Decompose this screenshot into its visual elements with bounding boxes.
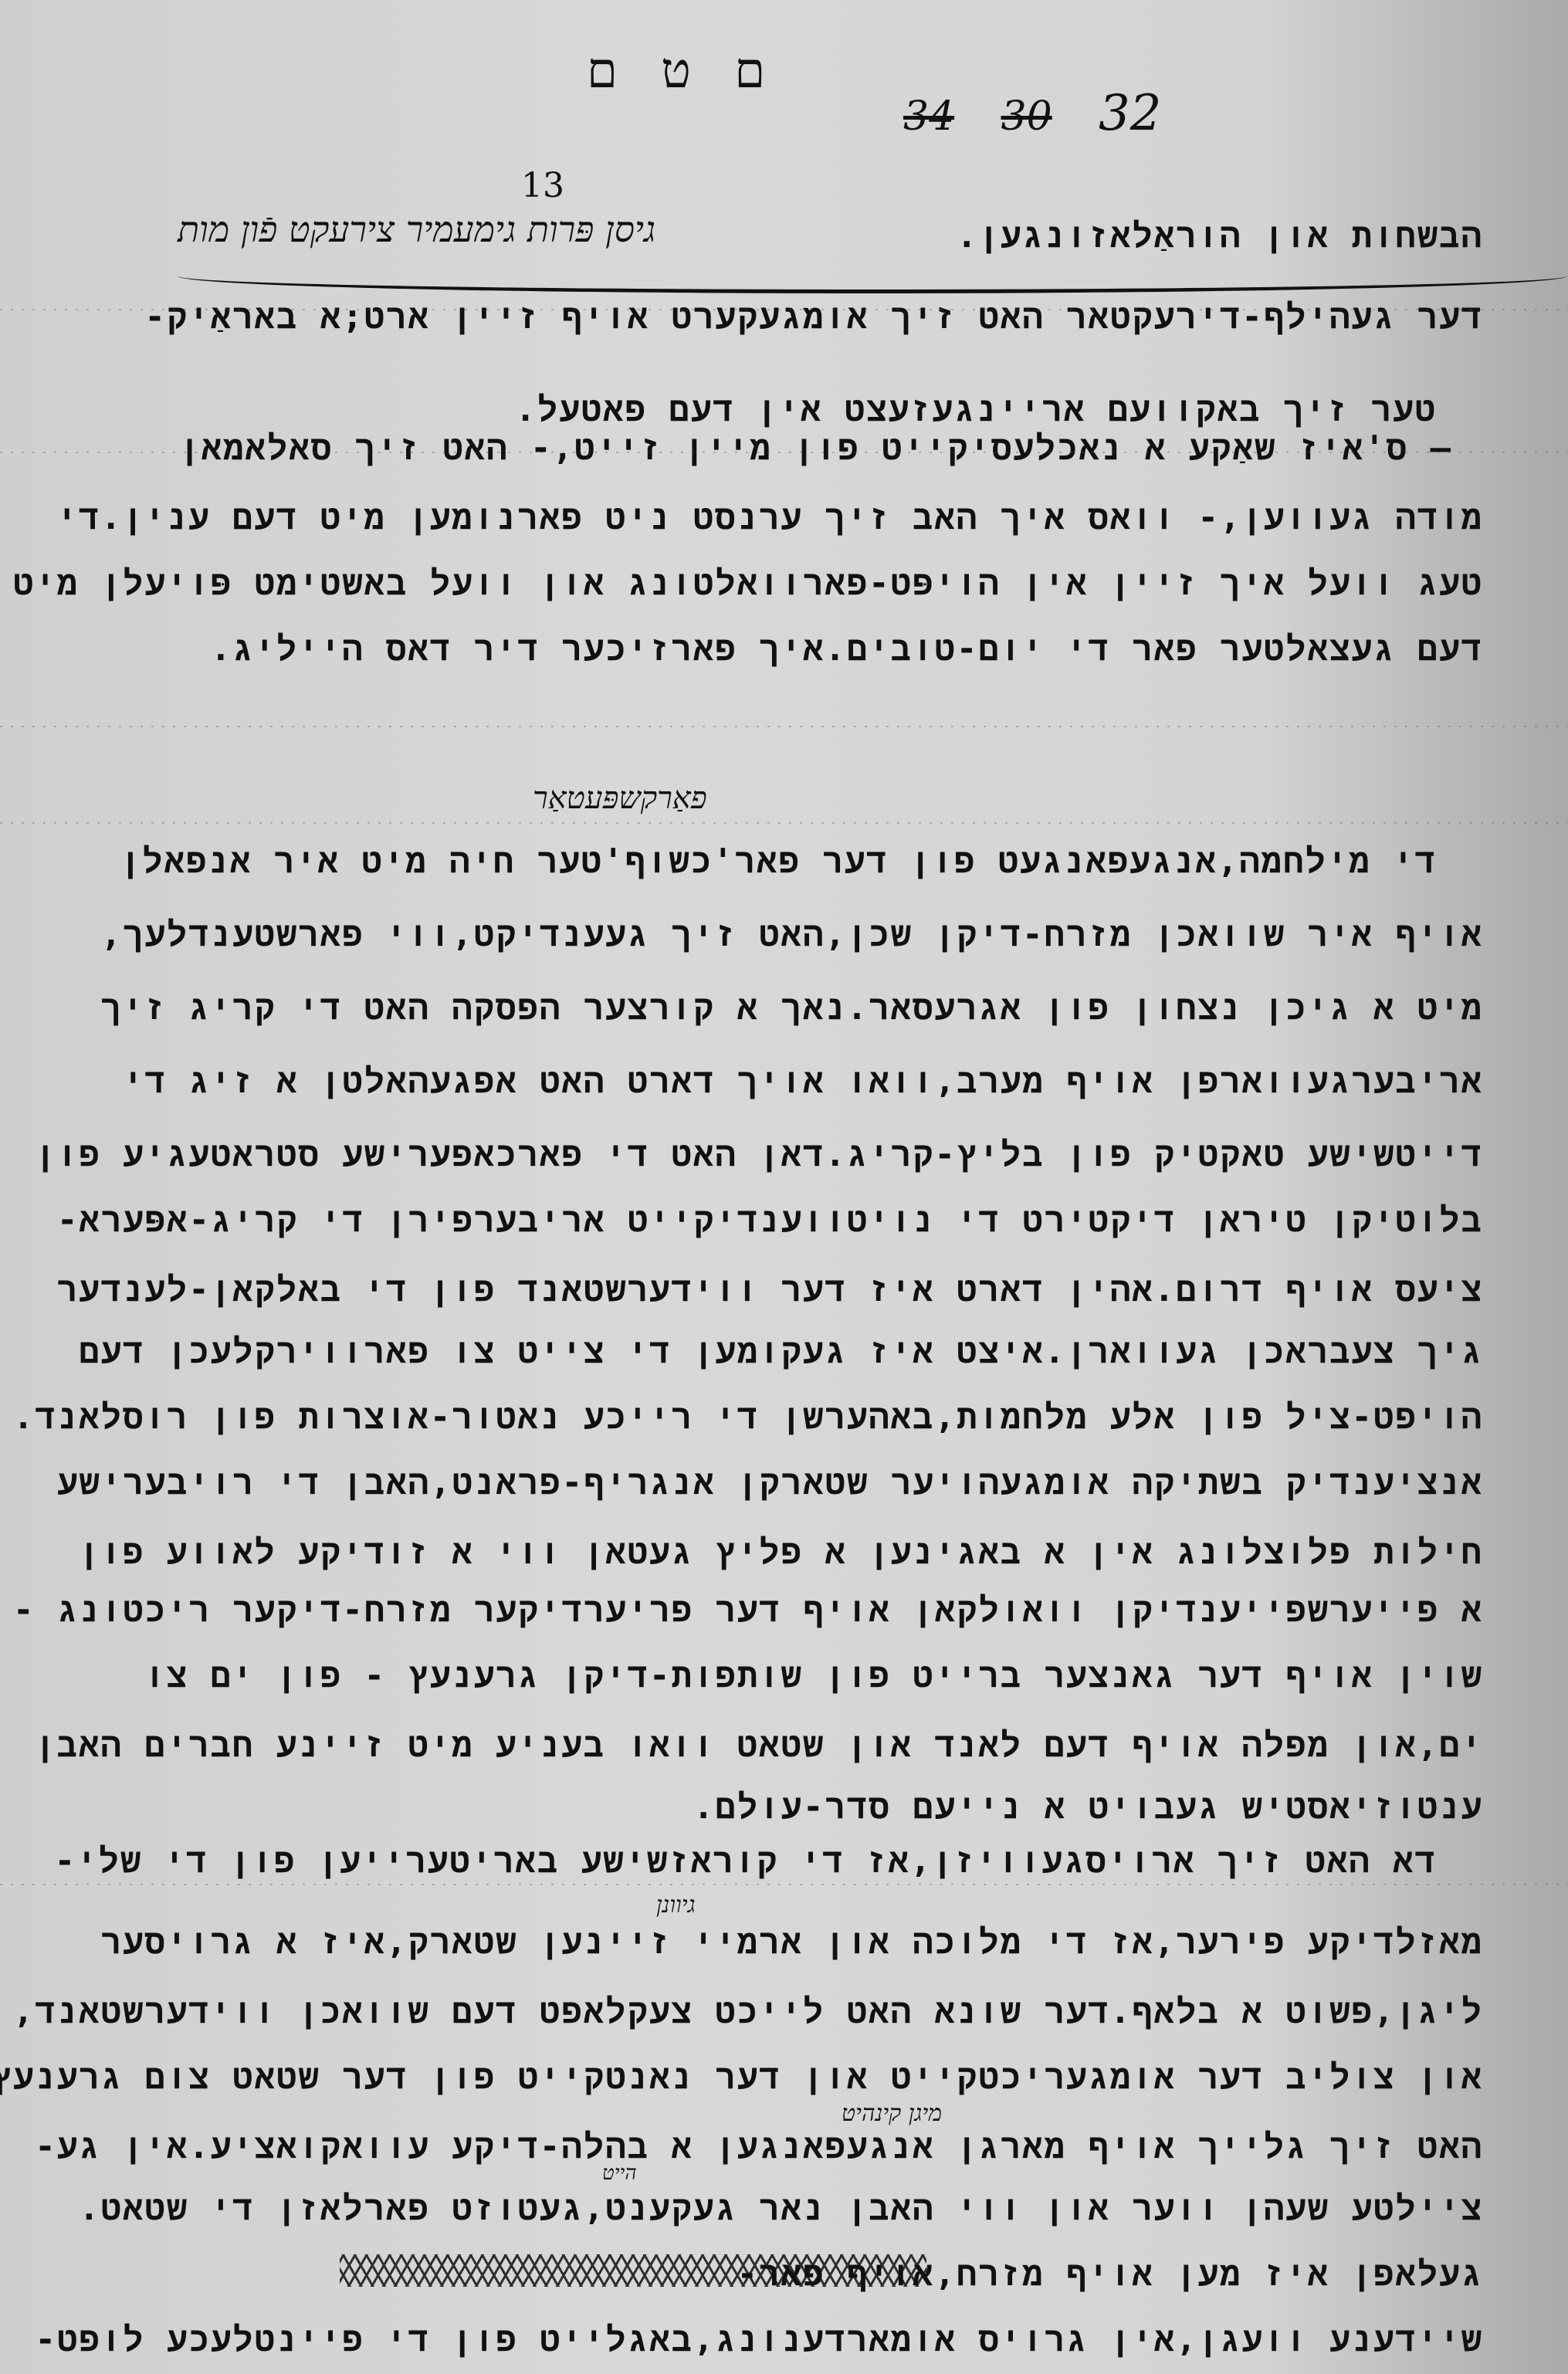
text-line: דא האט זיך ארויסגעוויזן,אז די קוראזשישע …: [55, 1841, 1437, 1883]
page-number: 34 30 32: [903, 85, 1161, 142]
text-line: אריבערגעווארפן אויף מערב,וואו אויך דארט …: [123, 1062, 1483, 1103]
typed-title: הבשחות און הוראַלאזונגען.: [957, 216, 1483, 258]
text-line: א פייערשפייענדיקן וואולקאן אויף דער פריע…: [0, 1590, 1483, 1632]
handwritten-title: גיסן פּרות גימעמיר צירעקט פֿון מות: [178, 208, 655, 250]
text-line: שיידענע וועגן,אין גרויס אומארדענונג,באגל…: [35, 2320, 1483, 2362]
title-strike-line: [178, 259, 1567, 293]
text-line: האט זיך גלייך אויף מארגן אנגעפאנגען א בה…: [35, 2127, 1483, 2169]
text-line: בלוטיקן טיראן דיקטירט די נויטווענדיקייט …: [57, 1201, 1483, 1242]
text-line: הויפט-ציל פון אלע מלחמות,באהערשן די רייכ…: [13, 1397, 1483, 1439]
text-line: אנציענדיק בשתיקה אומגעהויער שטארקן אנגרי…: [57, 1463, 1483, 1505]
struck-page-number: 30: [1001, 93, 1052, 140]
current-page-number: 32: [1099, 85, 1161, 142]
rule-line: [0, 822, 1568, 824]
text-line: מודה געווען,- וואס איך האב זיך ערנסט ניט…: [57, 498, 1483, 540]
text-line: ים,און מפלה אויף דעם לאנד און שטאט וואו …: [35, 1725, 1483, 1767]
text-line: מאזלדיקע פירער,אז די מלוכה און ארמיי זיי…: [101, 1922, 1483, 1964]
page-header-title: ם ט ם: [587, 42, 779, 100]
text-line: ליגן,פשוט א בלאף.דער שונא האט לייכט צעקל…: [13, 1992, 1483, 2034]
text-line: ענטוזיאסטיש געבויט א נייעם סדר-עולם.: [693, 1787, 1483, 1829]
text-line: מיט א גיכן נצחון פון אגרעסאר.נאך א קורצע…: [100, 988, 1483, 1030]
text-line: אויף איר שוואכן מזרח-דיקן שכן,האט זיך גע…: [101, 915, 1483, 957]
text-line: טער זיך באקוועם אריינגעזעצט אין דעם פאטע…: [515, 390, 1437, 432]
text-line: גיך צעבראכן געווארן.איצט איז געקומען די …: [79, 1332, 1483, 1373]
handwritten-note: מיגן קינהיט: [842, 2100, 942, 2127]
margin-number: 13: [521, 166, 564, 205]
rule-line: [0, 726, 1568, 727]
text-line: שוין אויף דער גאנצער ברייט פון שותפות-די…: [144, 1656, 1483, 1698]
text-line: דייטשישע טאקטיק פון בליץ-קריג.דאן האט די…: [35, 1135, 1483, 1177]
text-line: דער געהילף-דירעקטאר האט זיך אומגעקערט או…: [144, 297, 1483, 339]
rule-line: [0, 452, 1568, 453]
struck-page-number: 34: [903, 93, 954, 140]
handwritten-note: הייט: [602, 2162, 637, 2185]
document-page: ם ט ם 34 30 32 13 גיסן פּרות גימעמיר ציר…: [0, 0, 1568, 2374]
text-line: חילות פלוצלונג אין א באגינען א פליץ געטא…: [79, 1532, 1483, 1574]
rule-line: [0, 1884, 1568, 1885]
text-line: דעם געצאלטער פאר די יום-טובים.איך פארזיכ…: [211, 629, 1483, 671]
handwritten-note: גיוונן: [656, 1891, 696, 1919]
crossed-out-text: [340, 2254, 926, 2287]
text-line: און צוליב דער אומגעריכטקייט און דער נאנט…: [0, 2057, 1483, 2099]
rule-line: [0, 309, 1568, 310]
section-heading: פאַרקשפּעטאַר: [533, 780, 707, 816]
text-line: — ס'איז שאַקע א נאכלעסיקייט פון מיין זיי…: [179, 428, 1452, 470]
text-line: די מילחמה,אנגעפאנגעט פון דער פאר'כשוף'טע…: [120, 842, 1437, 883]
text-line: טעג וועל איך זיין אין הויפּט-פארוואלטונג…: [13, 564, 1483, 605]
text-line: ציילטע שעהן ווער און ווי האבן נאר געקענט…: [79, 2189, 1483, 2230]
text-line: ציעס אויף דרום.אהין דארט איז דער ווידערש…: [57, 1270, 1483, 1312]
